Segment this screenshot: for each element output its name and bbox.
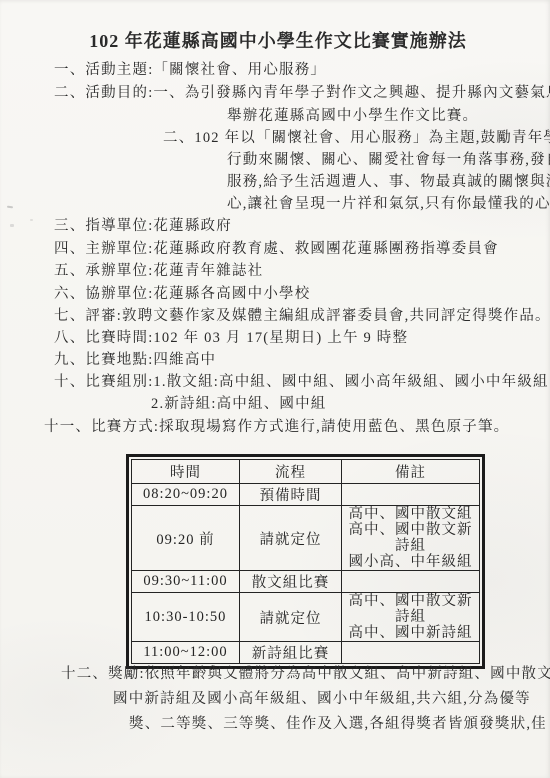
body-line-contest-time: 八、比賽時間:102 年 03 月 17(星期日) 上午 9 時整 (54, 330, 408, 347)
schedule-table-grid: 時間 流程 備註 08:20~09:20 預備時間 09:20 前 請就定位 高… (131, 459, 480, 664)
flow-cell: 新詩組比賽 (240, 642, 342, 664)
schedule-row: 10:30-10:50 請就定位 高中、國中散文新詩組 高中、國中新詩組 (132, 593, 480, 642)
time-cell: 10:30-10:50 (132, 593, 240, 642)
note-line: 國小高、中年級組 (342, 554, 479, 570)
body-line-purpose-1: 二、活動目的:一、為引發縣內青年學子對作文之興趣、提升縣內文藝氣息, (54, 85, 550, 102)
note-line: 高中、國中散文新詩組 (342, 522, 479, 554)
column-header-time: 時間 (132, 460, 240, 484)
body-line-supervisor: 三、指導單位:花蓮縣政府 (54, 218, 232, 235)
scanned-document-page: 102 年花蓮縣高國中小學生作文比賽實施辦法 一、活動主題:「關懷社會、用心服務… (0, 0, 550, 778)
flow-cell: 請就定位 (240, 593, 342, 642)
scan-speckle (543, 96, 546, 98)
note-cell: 高中、國中散文組 高中、國中散文新詩組 國小高、中年級組 (342, 506, 480, 571)
scan-speckle (10, 224, 14, 227)
schedule-row: 11:00~12:00 新詩組比賽 (132, 642, 480, 664)
document-title: 102 年花蓮縣高國中小學生作文比賽實施辦法 (89, 27, 467, 53)
flow-cell: 散文組比賽 (240, 571, 342, 593)
award-line-3: 獎、二等獎、三等獎、佳作及入選,各組得獎者皆頒發獎狀,佳 (129, 716, 547, 733)
schedule-header-row: 時間 流程 備註 (132, 460, 480, 484)
note-cell-empty (342, 642, 480, 664)
time-cell: 09:30~11:00 (132, 571, 240, 593)
body-line-purpose-2b: 行動來關懷、關心、關愛社會每一角落事務,發自內心來 (227, 152, 550, 169)
body-line-contest-place: 九、比賽地點:四維高中 (54, 352, 216, 369)
note-line: 高中、國中新詩組 (342, 625, 479, 641)
flow-cell: 請就定位 (240, 506, 342, 571)
body-line-purpose-2: 二、102 年以「關懷社會、用心服務」為主題,鼓勵青年學子以 (163, 130, 550, 147)
note-cell: 高中、國中散文新詩組 高中、國中新詩組 (342, 593, 480, 642)
time-cell: 09:20 前 (132, 506, 240, 571)
body-line-organizer: 四、主辦單位:花蓮縣政府教育處、救國團花蓮縣團務指導委員會 (54, 241, 499, 258)
note-line: 高中、國中散文新詩組 (342, 593, 479, 625)
body-line-judges: 七、評審:敦聘文藝作家及媒體主編組成評審委員會,共同評定得獎作品。 (54, 308, 550, 325)
body-line-purpose-1b: 舉辦花蓮縣高國中小學生作文比賽。 (227, 108, 478, 125)
scan-speckle (30, 219, 33, 221)
column-header-note: 備註 (342, 460, 480, 484)
body-line-undertaker: 五、承辦單位:花蓮青年雜誌社 (54, 263, 263, 280)
column-header-flow: 流程 (240, 460, 342, 484)
time-cell: 11:00~12:00 (132, 642, 240, 664)
body-line-purpose-2d: 心,讓社會呈現一片祥和氣氛,只有你最懂我的心。 (227, 196, 550, 213)
schedule-row: 08:20~09:20 預備時間 (132, 484, 480, 506)
scan-speckle (7, 206, 13, 209)
schedule-row: 09:20 前 請就定位 高中、國中散文組 高中、國中散文新詩組 國小高、中年級… (132, 506, 480, 571)
award-line-2: 國中新詩組及國小高年級組、國小中年級組,共六組,分為優等 (113, 691, 531, 708)
flow-cell: 預備時間 (240, 484, 342, 506)
schedule-table: 時間 流程 備註 08:20~09:20 預備時間 09:20 前 請就定位 高… (126, 454, 485, 669)
body-line-purpose-2c: 服務,給予生活週遭人、事、物最真誠的關懷與溫暖的愛 (227, 174, 550, 191)
body-line-coorganizer: 六、協辦單位:花蓮縣各高國中小學校 (54, 286, 310, 303)
note-cell-empty (342, 571, 480, 593)
body-line-activity-theme: 一、活動主題:「關懷社會、用心服務」 (54, 62, 326, 79)
note-line: 高中、國中散文組 (342, 506, 479, 522)
body-line-contest-method: 十一、比賽方式:採取現場寫作方式進行,請使用藍色、黑色原子筆。 (44, 419, 509, 436)
award-line-1: 十二、獎勵:依照年齡與文體將分為高中散文組、高中新詩組、國中散文組、 (61, 666, 550, 683)
body-line-groups-1: 十、比賽組別:1.散文組:高中組、國中組、國小高年級組、國小中年級組 (54, 374, 549, 391)
time-cell: 08:20~09:20 (132, 484, 240, 506)
note-cell-empty (342, 484, 480, 506)
body-line-groups-2: 2.新詩組:高中組、國中組 (151, 396, 327, 413)
schedule-row: 09:30~11:00 散文組比賽 (132, 571, 480, 593)
